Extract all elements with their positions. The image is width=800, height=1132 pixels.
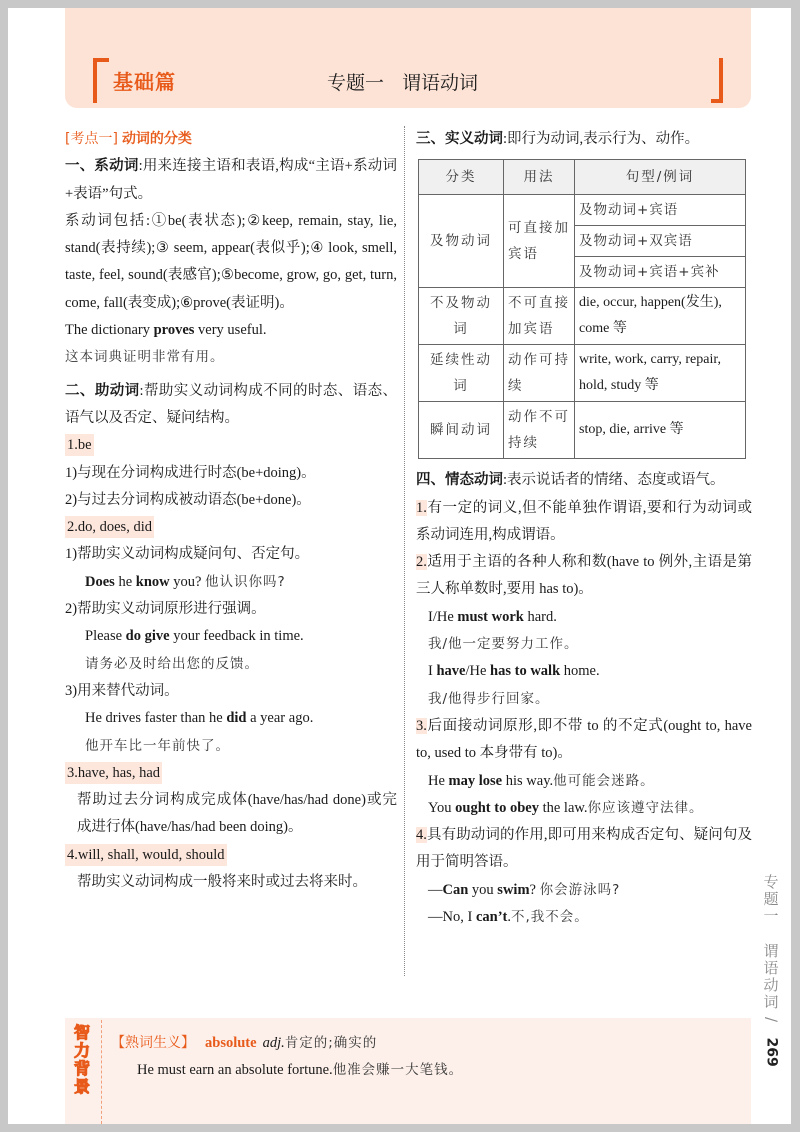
example-sentence: I have/He has to walk home. — [416, 658, 752, 685]
subsection-be: 1.be — [65, 432, 397, 459]
subsection-label: 2.do, does, did — [65, 516, 154, 538]
table-cell-category: 延续性动词 — [419, 345, 504, 402]
vocab-meaning: 肯定的;确实的 — [285, 1035, 378, 1051]
table-cell-examples: stop, die, arrive 等 — [575, 402, 746, 459]
section-heading: 三、实义动词 — [416, 131, 503, 147]
kaodian-label: [考点一] — [65, 131, 118, 147]
example-keyword: know — [136, 574, 170, 590]
box-content: 【熟词生义】absoluteadj.肯定的;确实的 He must earn a… — [111, 1030, 463, 1084]
example-text: —No, I — [428, 909, 476, 925]
table-row: 及物动词 可直接加宾语 及物动词+宾语 — [419, 195, 746, 226]
example-sentence: You ought to obey the law.你应该遵守法律。 — [416, 795, 752, 822]
point-text: 有一定的词义,但不能单独作谓语,要和行为动词或系动词连用,构成谓语。 — [416, 500, 752, 543]
table-cell-category: 不及物动词 — [419, 288, 504, 345]
example-text: — — [428, 882, 443, 898]
table-cell-examples: write, work, carry, repair, hold, study … — [575, 345, 746, 402]
section-content-verbs: 三、实义动词:即行为动词,表示行为、动作。 — [416, 126, 752, 153]
table-cell-pattern: 及物动词+双宾语 — [575, 226, 746, 257]
list-item: 1)帮助实义动词构成疑问句、否定句。 — [65, 541, 397, 568]
example-translation: 他认识你吗? — [205, 574, 286, 590]
topic-number: 专题一 — [327, 72, 384, 94]
table-cell-examples: die, occur, happen(发生), come 等 — [575, 288, 746, 345]
example-translation: 你会游泳吗? — [540, 882, 621, 898]
example-text: He drives faster than he — [85, 710, 226, 726]
example-text: The dictionary — [65, 322, 154, 338]
intelligence-background-box: 智力背景 【熟词生义】absoluteadj.肯定的;确实的 He must e… — [65, 1018, 751, 1124]
example-text: I/He — [428, 609, 457, 625]
subsection-label: 3.have, has, had — [65, 762, 162, 784]
example-keyword: can’t — [476, 909, 507, 925]
page-number: 269 — [763, 1038, 780, 1060]
side-slash: / — [763, 1009, 780, 1031]
section-linking-verbs: 一、系动词:用来连接主语和表语,构成“主语+系动词+表语”句式。 — [65, 153, 397, 208]
table-cell-category: 及物动词 — [419, 195, 504, 288]
example-text: hard. — [524, 609, 557, 625]
column-header: 分类 — [419, 160, 504, 195]
vocab-example-zh: 他准会赚一大笔钱。 — [333, 1062, 464, 1078]
example-keyword: must work — [457, 609, 523, 625]
example-keyword: have — [436, 663, 465, 679]
example-text: ? — [530, 882, 540, 898]
vocab-example: He must earn an absolute fortune.他准会赚一大笔… — [111, 1057, 463, 1084]
table-cell-pattern: 及物动词+宾语+宾补 — [575, 257, 746, 288]
point-text: 具有助动词的作用,即可用来构成否定句、疑问句及用于简明答语。 — [416, 827, 752, 870]
example-keyword: proves — [154, 322, 195, 338]
example-translation: 请务必及时给出您的反馈。 — [65, 651, 397, 678]
subsection-do: 2.do, does, did — [65, 514, 397, 541]
left-column: [考点一]动词的分类 一、系动词:用来连接主语和表语,构成“主语+系动词+表语”… — [65, 126, 397, 896]
example-text: you? — [170, 574, 205, 590]
point-number: 2. — [416, 554, 427, 570]
topic-name: 谓语动词 — [402, 72, 478, 94]
example-keyword: did — [226, 710, 246, 726]
vocab-word: absolute — [205, 1035, 257, 1051]
example-text: a year ago. — [247, 710, 314, 726]
example-sentence: Does he know you? 他认识你吗? — [65, 569, 397, 596]
subsection-desc: 帮助实义动词构成一般将来时或过去将来时。 — [65, 869, 397, 896]
subsection-desc: 帮助过去分词构成完成体(have/has/had done)或完成进行体(hav… — [65, 787, 397, 842]
table-cell-usage: 不可直接加宾语 — [504, 288, 575, 345]
example-text: the law. — [539, 800, 588, 816]
box-label: 智力背景 — [73, 1024, 91, 1096]
example-translation: 你应该遵守法律。 — [588, 800, 704, 816]
side-chapter-tab: 专题一 谓语动词 / 269 — [760, 874, 782, 1057]
example-keyword: Can — [443, 882, 469, 898]
example-keyword: may lose — [449, 773, 503, 789]
table-cell-usage: 动作可持续 — [504, 345, 575, 402]
example-text: Please — [85, 628, 126, 644]
point-text: 适用于主语的各种人称和数(have to 例外,主语是第三人称单数时,要用 ha… — [416, 554, 752, 597]
side-topic-name: 谓语动词 — [763, 943, 779, 1011]
subsection-label: 1.be — [65, 434, 94, 456]
box-divider — [101, 1020, 102, 1124]
table-cell-category: 瞬间动词 — [419, 402, 504, 459]
example-keyword: do give — [126, 628, 170, 644]
column-header: 句型/例词 — [575, 160, 746, 195]
table-row: 延续性动词 动作可持续 write, work, carry, repair, … — [419, 345, 746, 402]
table-cell-pattern: 及物动词+宾语 — [575, 195, 746, 226]
example-translation: 他开车比一年前快了。 — [65, 733, 397, 760]
point-text: 后面接动词原形,即不带 to 的不定式(ought to, have to, u… — [416, 718, 752, 761]
point-2: 2.适用于主语的各种人称和数(have to 例外,主语是第三人称单数时,要用 … — [416, 549, 752, 604]
point-number: 1. — [416, 500, 427, 516]
table-row: 不及物动词 不可直接加宾语 die, occur, happen(发生), co… — [419, 288, 746, 345]
point-number: 3. — [416, 718, 427, 734]
vocab-example-en: He must earn an absolute fortune. — [137, 1062, 333, 1078]
column-divider — [404, 126, 405, 976]
example-sentence: He may lose his way.他可能会迷路。 — [416, 768, 752, 795]
verb-classification-table: 分类 用法 句型/例词 及物动词 可直接加宾语 及物动词+宾语 及物动词+双宾语… — [418, 159, 746, 459]
example-text: You — [428, 800, 455, 816]
section-heading: 四、情态动词 — [416, 472, 503, 488]
subsection-label: 4.will, shall, would, should — [65, 844, 227, 866]
example-keyword: Does — [85, 574, 115, 590]
kaodian-heading: [考点一]动词的分类 — [65, 126, 397, 153]
section-heading: 一、系动词 — [65, 158, 139, 174]
kaodian-title: 动词的分类 — [122, 131, 192, 147]
example-text: /He — [465, 663, 490, 679]
point-1: 1.有一定的词义,但不能单独作谓语,要和行为动词或系动词连用,构成谓语。 — [416, 495, 752, 550]
list-item: 2)帮助实义动词原形进行强调。 — [65, 596, 397, 623]
point-4: 4.具有助动词的作用,即可用来构成否定句、疑问句及用于简明答语。 — [416, 822, 752, 877]
point-3: 3.后面接动词原形,即不带 to 的不定式(ought to, have to,… — [416, 713, 752, 768]
example-sentence: He drives faster than he did a year ago. — [65, 705, 397, 732]
list-item: 1)与现在分词构成进行时态(be+doing)。 — [65, 460, 397, 487]
section-modal-verbs: 四、情态动词:表示说话者的情绪、态度或语气。 — [416, 467, 752, 494]
book-page: 基础篇 专题一谓语动词 [考点一]动词的分类 一、系动词:用来连接主语和表语,构… — [8, 8, 791, 1124]
example-text: he — [115, 574, 136, 590]
example-text: you — [468, 882, 497, 898]
topic-title: 专题一谓语动词 — [327, 68, 496, 95]
example-sentence: I/He must work hard. — [416, 604, 752, 631]
table-row: 瞬间动词 动作不可持续 stop, die, arrive 等 — [419, 402, 746, 459]
example-keyword: swim — [497, 882, 529, 898]
section-tag: 基础篇 — [113, 66, 176, 95]
example-translation: 不,我不会。 — [511, 909, 589, 925]
vocab-entry: 【熟词生义】absoluteadj.肯定的;确实的 — [111, 1030, 463, 1057]
example-sentence: Please do give your feedback in time. — [65, 623, 397, 650]
section-desc: :表示说话者的情绪、态度或语气。 — [503, 472, 725, 488]
list-item: 2)与过去分词构成被动语态(be+done)。 — [65, 487, 397, 514]
subsection-have: 3.have, has, had — [65, 760, 397, 787]
table-header-row: 分类 用法 句型/例词 — [419, 160, 746, 195]
example-text: He — [428, 773, 449, 789]
example-translation: 我/他得步行回家。 — [416, 686, 752, 713]
example-keyword: has to walk — [490, 663, 560, 679]
example-text: home. — [560, 663, 599, 679]
vocab-tag: 【熟词生义】 — [111, 1035, 195, 1051]
right-column: 三、实义动词:即行为动词,表示行为、动作。 分类 用法 句型/例词 及物动词 可… — [416, 126, 752, 931]
table-cell-usage: 可直接加宾语 — [504, 195, 575, 288]
example-text: very useful. — [194, 322, 266, 338]
section-heading: 二、助动词 — [65, 383, 140, 399]
example-translation: 他可能会迷路。 — [553, 773, 655, 789]
point-number: 4. — [416, 827, 427, 843]
column-header: 用法 — [504, 160, 575, 195]
left-bracket-decoration — [93, 58, 109, 103]
example-sentence: The dictionary proves very useful. — [65, 317, 397, 344]
section-desc: :即行为动词,表示行为、动作。 — [503, 131, 699, 147]
example-keyword: ought to obey — [455, 800, 539, 816]
table-cell-usage: 动作不可持续 — [504, 402, 575, 459]
example-sentence: —Can you swim? 你会游泳吗? — [416, 877, 752, 904]
subsection-will: 4.will, shall, would, should — [65, 842, 397, 869]
right-bracket-decoration — [711, 58, 723, 103]
page-header: 基础篇 专题一谓语动词 — [65, 8, 751, 108]
linking-verb-list: 系动词包括:①be(表状态);②keep, remain, stay, lie,… — [65, 208, 397, 317]
example-translation: 我/他一定要努力工作。 — [416, 631, 752, 658]
side-topic-number: 专题一 — [763, 874, 779, 925]
section-auxiliary-verbs: 二、助动词:帮助实义动词构成不同的时态、语态、语气以及否定、疑问结构。 — [65, 378, 397, 433]
vocab-pos: adj. — [263, 1035, 285, 1051]
example-sentence: —No, I can’t.不,我不会。 — [416, 904, 752, 931]
list-item: 3)用来替代动词。 — [65, 678, 397, 705]
example-text: your feedback in time. — [170, 628, 304, 644]
example-translation: 这本词典证明非常有用。 — [65, 344, 397, 371]
example-text: his way. — [502, 773, 553, 789]
